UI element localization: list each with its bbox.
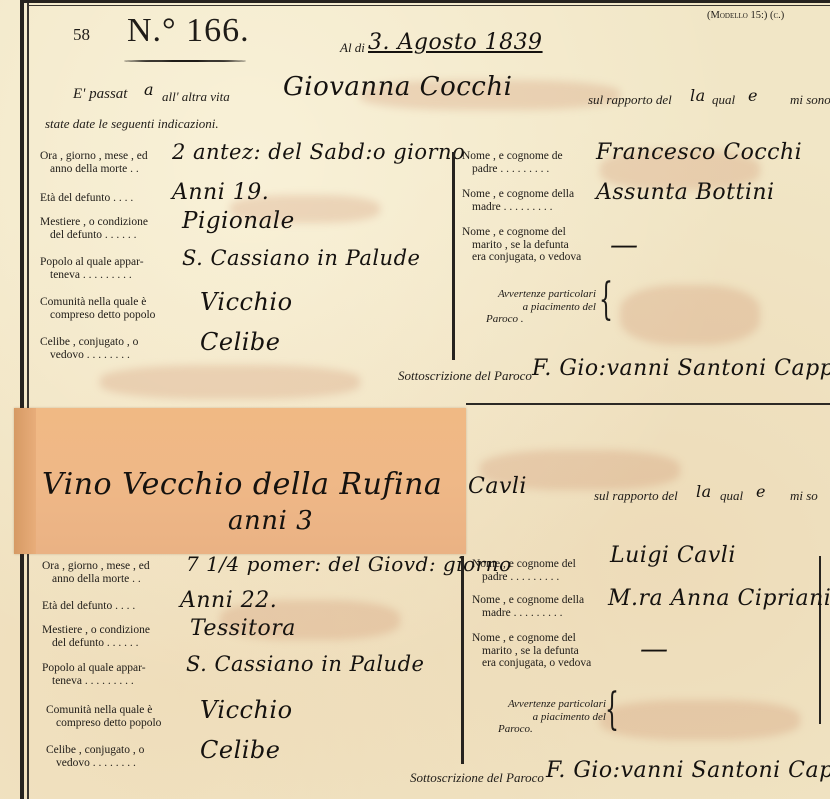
brace-icon: { <box>599 278 613 322</box>
field-label-age: Età del defunto . . . . <box>42 600 135 613</box>
brace-icon: { <box>605 688 619 732</box>
field-value-mother: Assunta Bottini <box>596 180 775 205</box>
passed-text: all' altra vita <box>162 89 230 105</box>
field-label-mother: Nome , e cognome dellamadre . . . . . . … <box>462 188 574 213</box>
report-handwritten-1: la <box>696 482 712 501</box>
indications-text: state date le seguenti indicazioni. <box>45 116 219 132</box>
page-border-left <box>20 0 24 799</box>
page-border-left-inner <box>27 0 29 799</box>
field-label-occupation: Mestiere , o condizionedel defunto . . .… <box>42 624 150 649</box>
field-label-notes: Avvertenze particolaria piacimento delPa… <box>468 288 596 326</box>
field-label-father: Nome , e cognome depadre . . . . . . . .… <box>462 150 563 175</box>
field-label-occupation: Mestiere , o condizionedel defunto . . .… <box>40 216 148 241</box>
field-label-parish: Popolo al quale appar-teneva . . . . . .… <box>42 662 146 687</box>
page-border-top-inner <box>27 5 830 6</box>
field-label-notes: Avvertenze particolaria piacimento delPa… <box>478 698 606 736</box>
report-handwritten-2: e <box>756 482 766 501</box>
field-value-age: Anni 22. <box>180 588 277 613</box>
date-value: 3. Agosto 1839 <box>368 30 543 55</box>
register-page: 58 N.° 166. (Modello 15:) (c.) Al di 3. … <box>0 0 830 799</box>
field-label-age: Età del defunto . . . . <box>40 192 133 205</box>
field-label-husband: Nome , e cognome delmarito , se la defun… <box>472 632 591 670</box>
field-value-marital-status: Celibe <box>200 328 280 356</box>
report-text: sul rapporto del <box>588 92 672 108</box>
field-value-occupation: Pigionale <box>182 208 295 234</box>
field-label-marital-status: Celibe , conjugato , ovedovo . . . . . .… <box>46 744 144 769</box>
deceased-name-fragment: Cavli <box>468 474 527 499</box>
wine-label-line-2: anni 3 <box>228 506 313 536</box>
field-value-occupation: Tessitora <box>190 616 296 641</box>
passed-prefix: E' passat <box>73 86 127 103</box>
report-handwritten-2: e <box>748 86 758 105</box>
field-label-mother: Nome , e cognome dellamadre . . . . . . … <box>472 594 584 619</box>
field-value-husband: — <box>640 632 669 665</box>
field-value-mother: M.ra Anna Cipriani <box>608 586 830 611</box>
model-label: (Modello 15:) (c.) <box>707 10 784 21</box>
field-value-age: Anni 19. <box>172 180 269 205</box>
record-separator <box>466 403 830 405</box>
signature-value: F. Gio:vanni Santoni Cappl. <box>546 758 830 783</box>
right-column-rule <box>819 556 821 724</box>
bleed-stain <box>620 285 760 345</box>
report-text-2: qual <box>720 488 743 504</box>
deceased-name: Giovanna Cocchi <box>283 72 512 102</box>
field-value-marital-status: Celibe <box>200 736 280 764</box>
field-label-marital-status: Celibe , conjugato , ovedovo . . . . . .… <box>40 336 138 361</box>
report-handwritten-1: la <box>690 86 706 105</box>
record-number: N.° 166. <box>127 12 250 50</box>
folio-number: 58 <box>73 25 90 45</box>
column-divider <box>461 556 464 764</box>
field-value-community: Vicchio <box>200 288 293 316</box>
signature-label: Sottoscrizione del Paroco <box>398 368 532 384</box>
date-prefix: Al di <box>340 40 365 56</box>
report-text: sul rapporto del <box>594 488 678 504</box>
field-label-death-time: Ora , giorno , mese , edanno della morte… <box>40 150 148 175</box>
signature-value: F. Gio:vanni Santoni Capp. Cur. <box>532 356 830 381</box>
field-label-husband: Nome , e cognome delmarito , se la defun… <box>462 226 581 264</box>
column-divider <box>452 152 455 360</box>
field-label-death-time: Ora , giorno , mese , edanno della morte… <box>42 560 150 585</box>
field-value-death-time: 2 antez: del Sabd:o giorno <box>172 140 465 164</box>
wine-label-line-1: Vino Vecchio della Rufina <box>42 467 442 502</box>
field-value-father: Luigi Cavli <box>610 543 736 568</box>
report-text-3: mi so <box>790 488 818 504</box>
page-border-top <box>20 0 830 3</box>
bleed-stain <box>600 700 800 740</box>
field-label-community: Comunità nella quale ècompreso detto pop… <box>40 296 155 321</box>
field-value-husband: — <box>610 228 639 261</box>
field-value-father: Francesco Cocchi <box>596 140 802 165</box>
signature-label: Sottoscrizione del Paroco <box>410 770 544 786</box>
bleed-stain <box>100 365 360 399</box>
field-value-community: Vicchio <box>200 696 293 724</box>
field-value-parish: S. Cassiano in Palude <box>182 246 420 270</box>
report-text-2: qual <box>712 92 735 108</box>
passed-suffix-handwritten: a <box>144 80 154 99</box>
pasted-label-torn-edge <box>14 408 36 554</box>
field-label-father: Nome , e cognome delpadre . . . . . . . … <box>472 558 576 583</box>
field-label-community: Comunità nella quale ècompreso detto pop… <box>46 704 161 729</box>
ornamental-flourish <box>124 60 246 62</box>
field-value-parish: S. Cassiano in Palude <box>186 652 424 676</box>
report-text-3: mi sono <box>790 92 830 108</box>
field-label-parish: Popolo al quale appar-teneva . . . . . .… <box>40 256 144 281</box>
